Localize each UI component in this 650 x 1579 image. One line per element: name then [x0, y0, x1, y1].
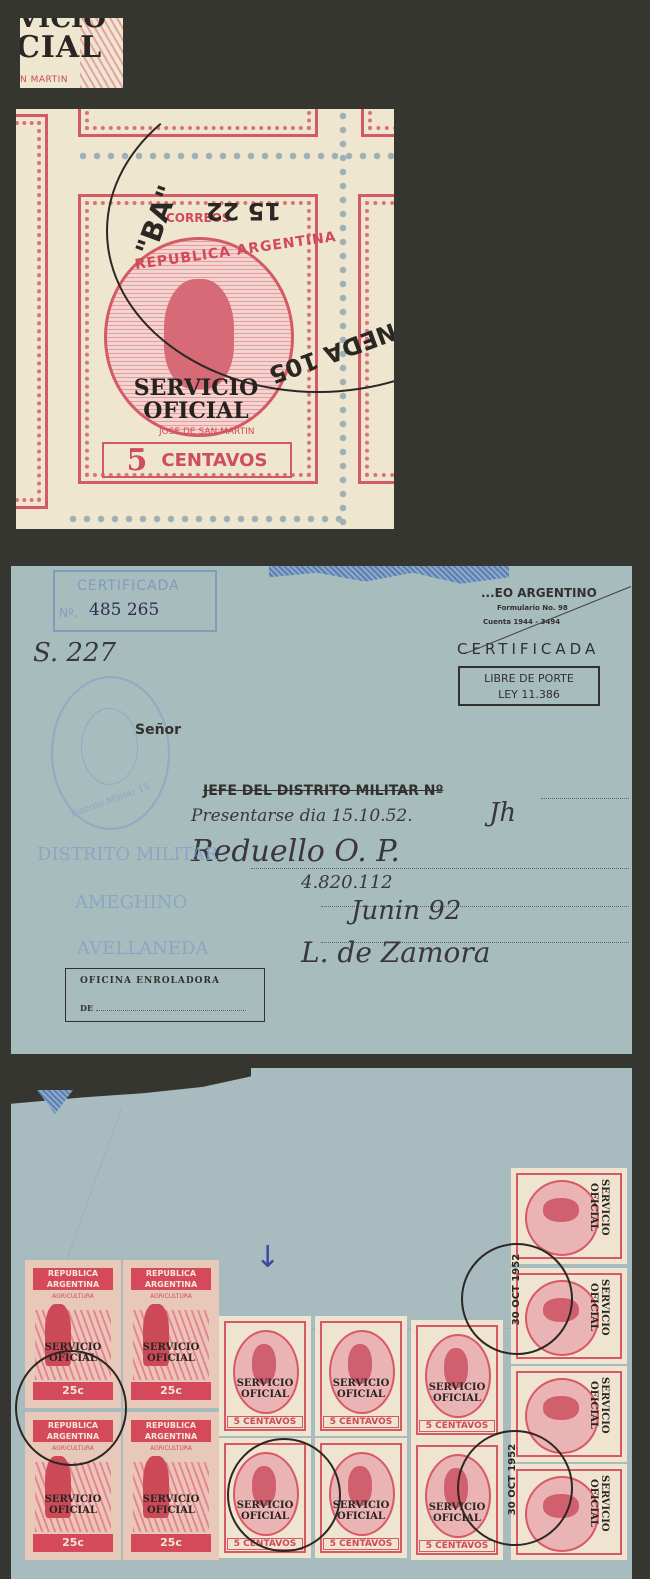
enroll-office-title: OFICINA ENROLADORA: [80, 976, 220, 986]
registration-box: CERTIFICADA Nº. 485 265: [53, 570, 217, 632]
portrait-name: JOSE DE SAN MARTIN: [159, 427, 255, 437]
torn-top-edge: [11, 1068, 251, 1110]
ley-label: LEY 11.386: [460, 687, 598, 703]
handwritten-street: Junin 92: [351, 896, 461, 926]
handwritten-name: Reduello O. P.: [191, 834, 400, 869]
value-word: CENTAVOS: [161, 450, 267, 471]
handwritten-id-number: 4.820.112: [301, 872, 393, 893]
libre-de-porte-label: LIBRE DE PORTE: [460, 671, 598, 687]
stamp-25c-agricultura: REPUBLICAARGENTINA AGRICULTURA SERVICIOO…: [123, 1260, 219, 1408]
postmark-date-1: 30 OCT 1952: [511, 1254, 522, 1325]
registration-number-prefix: Nº.: [59, 606, 77, 620]
postmark-date: 15 22: [206, 197, 281, 225]
stamp-25c-agricultura: REPUBLICAARGENTINA AGRICULTURA SERVICIOO…: [123, 1412, 219, 1560]
postmark-ring-3: [227, 1438, 341, 1552]
envelope-front: CERTIFICADA Nº. 485 265 ...EO ARGENTINO …: [11, 566, 632, 1054]
torn-edge-lining: [269, 566, 509, 586]
stamp-enlarged-panel: CORREOS REPUBLICA ARGENTINA SERVICIO OFI…: [16, 109, 394, 529]
perforation-row-bottom: [66, 514, 346, 524]
salutation: Señor: [135, 722, 181, 738]
enroll-office-de-label: DE: [80, 1003, 93, 1013]
overprint-line-2: OFICIAL: [106, 400, 286, 423]
handwritten-reference: S. 227: [33, 638, 116, 668]
libre-de-porte-box: LIBRE DE PORTE LEY 11.386: [458, 666, 600, 706]
address-line-1: [541, 798, 629, 799]
handwritten-city: L. de Zamora: [301, 936, 490, 969]
stamp-5c-san-martin: SERVICIOOFICIAL 5 CENTAVOS: [315, 1316, 407, 1436]
faint-stamp-avellaneda: AVELLANEDA: [77, 938, 208, 959]
district-seal: [51, 676, 170, 830]
addressee-printed: JEFE DEL DISTRITO MILITAR Nº: [203, 783, 443, 799]
postmark-date-2: 30 OCT 1952: [507, 1444, 518, 1515]
certificada-heading: CERTIFICADA: [457, 640, 599, 658]
envelope-back: ↓ REPUBLICAARGENTINA AGRICULTURA SERVICI…: [11, 1068, 632, 1579]
handwritten-initials: Jh: [489, 798, 516, 828]
stamp-detail-crop-small: VICIO CIAL N MARTIN: [20, 18, 123, 88]
inscription-fragment: N MARTIN: [20, 75, 68, 85]
postmark-ring-4: [15, 1350, 127, 1466]
lining-fragment: [37, 1090, 73, 1114]
stamp-5c-san-martin: SERVICIOOFICIAL 5 CENTAVOS: [219, 1316, 311, 1436]
stamp-value-box: 5 CENTAVOS: [102, 442, 292, 478]
registration-number: 485 265: [89, 600, 159, 620]
overprint-fragment-2: CIAL: [20, 30, 102, 65]
registration-label: CERTIFICADA: [77, 578, 180, 594]
coat-of-arms-icon: [81, 708, 138, 785]
formulario-number: Formulario No. 98: [497, 604, 568, 612]
faint-stamp-district: DISTRITO MILITAR: [37, 844, 218, 865]
enroll-office-box: OFICINA ENROLADORA DE: [65, 968, 265, 1022]
org-name: ...EO ARGENTINO: [481, 586, 597, 600]
neighbor-stamp-left: [16, 114, 48, 509]
value-number: 5: [127, 443, 148, 478]
handwritten-line-1: Presentarse dia 15.10.52.: [191, 806, 413, 826]
pen-arrow-icon: ↓: [255, 1240, 280, 1275]
enroll-office-de-field: [96, 1010, 246, 1011]
faint-stamp-ameghino: AMEGHINO: [75, 892, 187, 913]
